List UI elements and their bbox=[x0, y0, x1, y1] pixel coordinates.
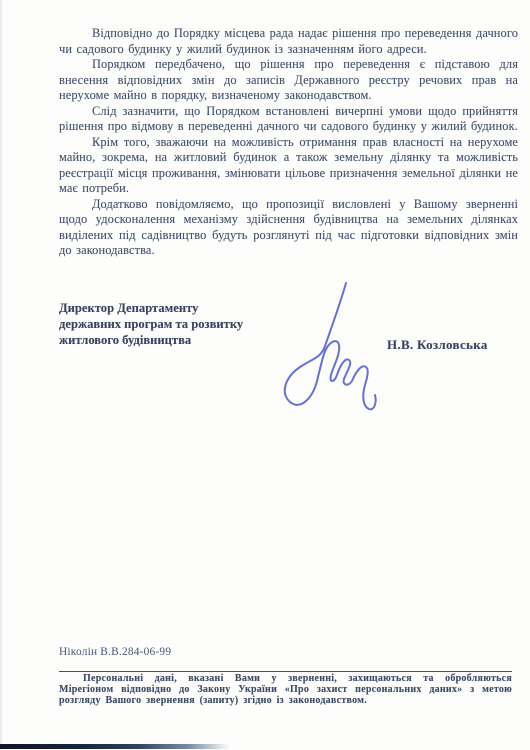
executor-reference: Ніколін В.В.284-06-99 bbox=[59, 646, 171, 658]
handwritten-signature-icon bbox=[276, 276, 388, 414]
scan-left-edge-shadow bbox=[0, 0, 3, 750]
scan-edge-artifact bbox=[0, 744, 230, 749]
document-page: Відповідно до Порядку місцева рада надає… bbox=[0, 0, 530, 750]
paragraph-5: Додатково повідомляємо, що пропозиції ви… bbox=[59, 197, 518, 259]
paragraph-1: Відповідно до Порядку місцева рада надає… bbox=[59, 26, 518, 57]
letter-body: Відповідно до Порядку місцева рада надає… bbox=[59, 26, 518, 259]
signatory-name: Н.В. Козловська bbox=[387, 337, 488, 353]
paragraph-2: Порядком передбачено, що рішення про пер… bbox=[59, 57, 518, 104]
paragraph-3: Слід зазначити, що Порядком встановлені … bbox=[59, 104, 518, 135]
privacy-footnote: Персональні дані, вказані Вами у звернен… bbox=[59, 674, 512, 707]
paragraph-4: Крім того, зважаючи на можливість отрима… bbox=[59, 135, 518, 197]
